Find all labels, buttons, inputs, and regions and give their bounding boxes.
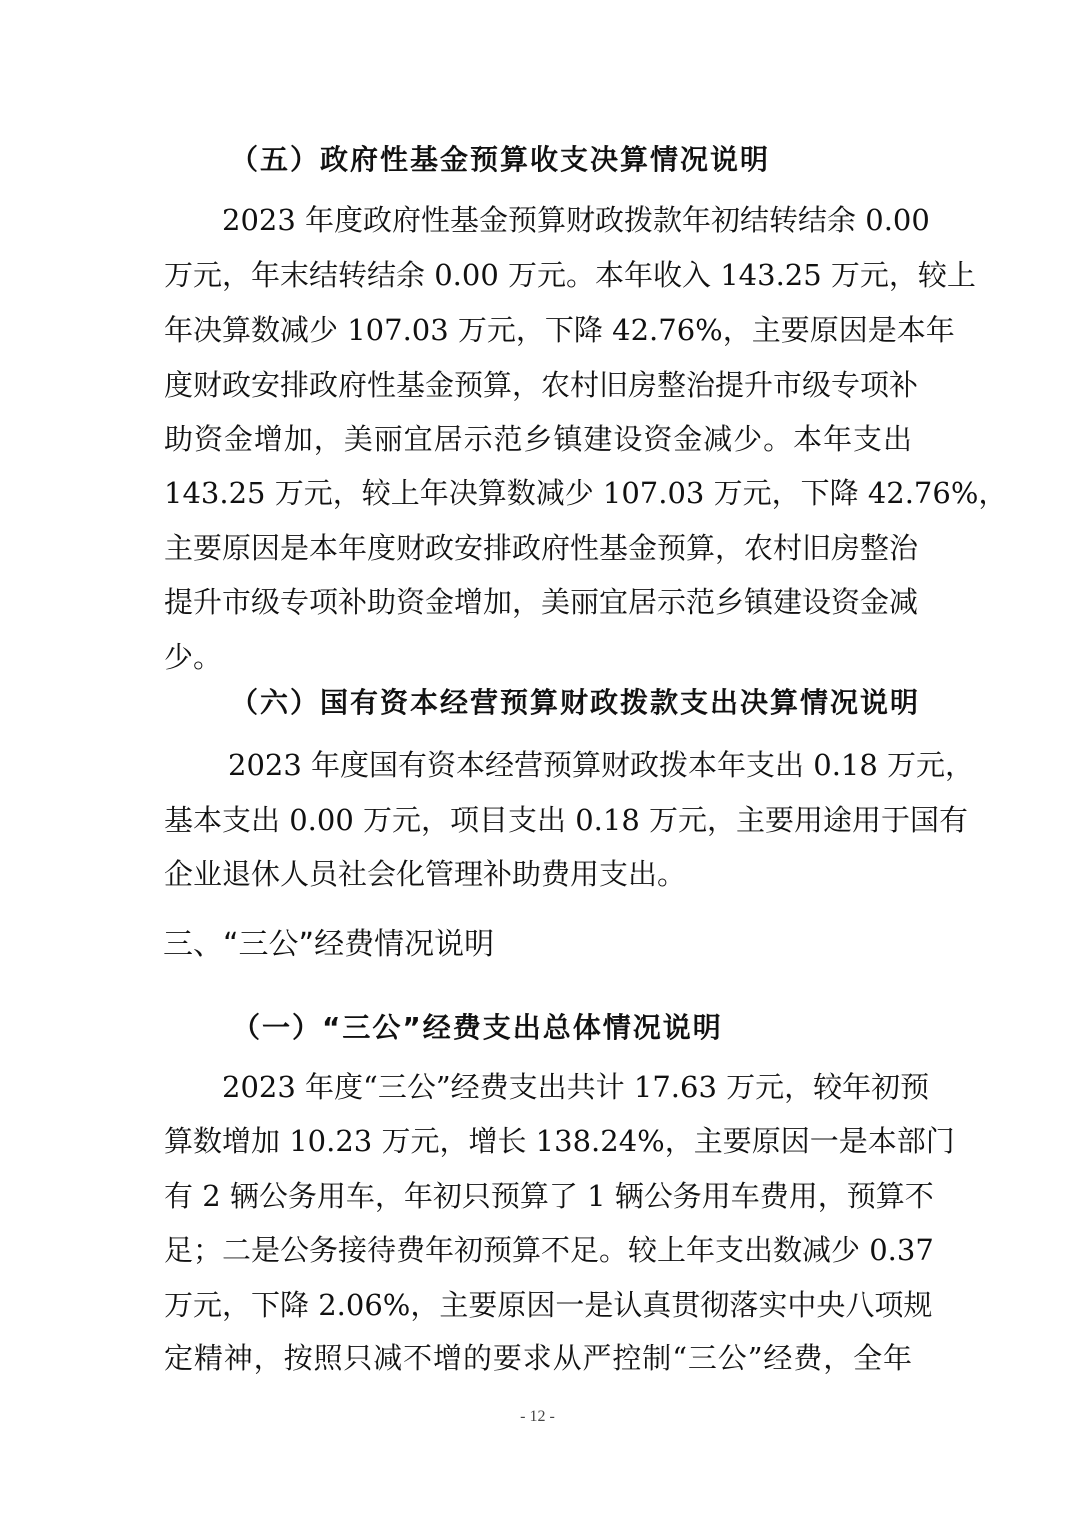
paragraph-line: 2023 年度“三公”经费支出共计 17.63 万元，较年初预 [222,1069,912,1105]
paragraph-line: 年决算数减少 107.03 万元，下降 42.76%，主要原因是本年 [164,312,912,348]
paragraph-line: 少。 [164,639,222,675]
section-heading-state-capital: （六）国有资本经营预算财政拨款支出决算情况说明 [230,685,920,721]
paragraph-line: 2023 年度国有资本经营预算财政拨本年支出 0.18 万元， [228,747,912,783]
paragraph-line: 足；二是公务接待费年初预算不足。较上年支出数减少 0.37 [164,1232,912,1268]
paragraph-line: 万元，下降 2.06%，主要原因一是认真贯彻落实中央八项规 [164,1287,912,1323]
paragraph-line: 提升市级专项补助资金增加，美丽宜居示范乡镇建设资金减 [164,584,912,620]
paragraph-line: 2023 年度政府性基金预算财政拨款年初结转结余 0.00 [222,202,912,238]
paragraph-line: 主要原因是本年度财政安排政府性基金预算，农村旧房整治 [164,530,912,566]
paragraph-line: 基本支出 0.00 万元，项目支出 0.18 万元，主要用途用于国有 [164,802,912,838]
page-number: - 12 - [0,1408,1075,1426]
section-heading-government-fund: （五）政府性基金预算收支决算情况说明 [230,142,770,178]
paragraph-line: 有 2 辆公务用车，年初只预算了 1 辆公务用车费用，预算不 [164,1178,912,1214]
paragraph-line: 143.25 万元，较上年决算数减少 107.03 万元，下降 42.76%， [164,475,912,511]
section-heading-three-public-overview: （一）“三公”经费支出总体情况说明 [232,1010,723,1046]
document-page: （五）政府性基金预算收支决算情况说明 2023 年度政府性基金预算财政拨款年初结… [0,0,1075,1520]
chapter-heading-three-public-expenses: 三、“三公”经费情况说明 [163,927,494,963]
paragraph-line: 助资金增加，美丽宜居示范乡镇建设资金减少。本年支出 [164,421,912,457]
paragraph-line: 企业退休人员社会化管理补助费用支出。 [164,856,686,892]
paragraph-line: 算数增加 10.23 万元，增长 138.24%，主要原因一是本部门 [164,1123,912,1159]
paragraph-line: 万元，年末结转结余 0.00 万元。本年收入 143.25 万元，较上 [164,257,912,293]
paragraph-line: 定精神，按照只减不增的要求从严控制“三公”经费，全年 [164,1340,912,1376]
paragraph-line: 度财政安排政府性基金预算，农村旧房整治提升市级专项补 [164,367,912,403]
